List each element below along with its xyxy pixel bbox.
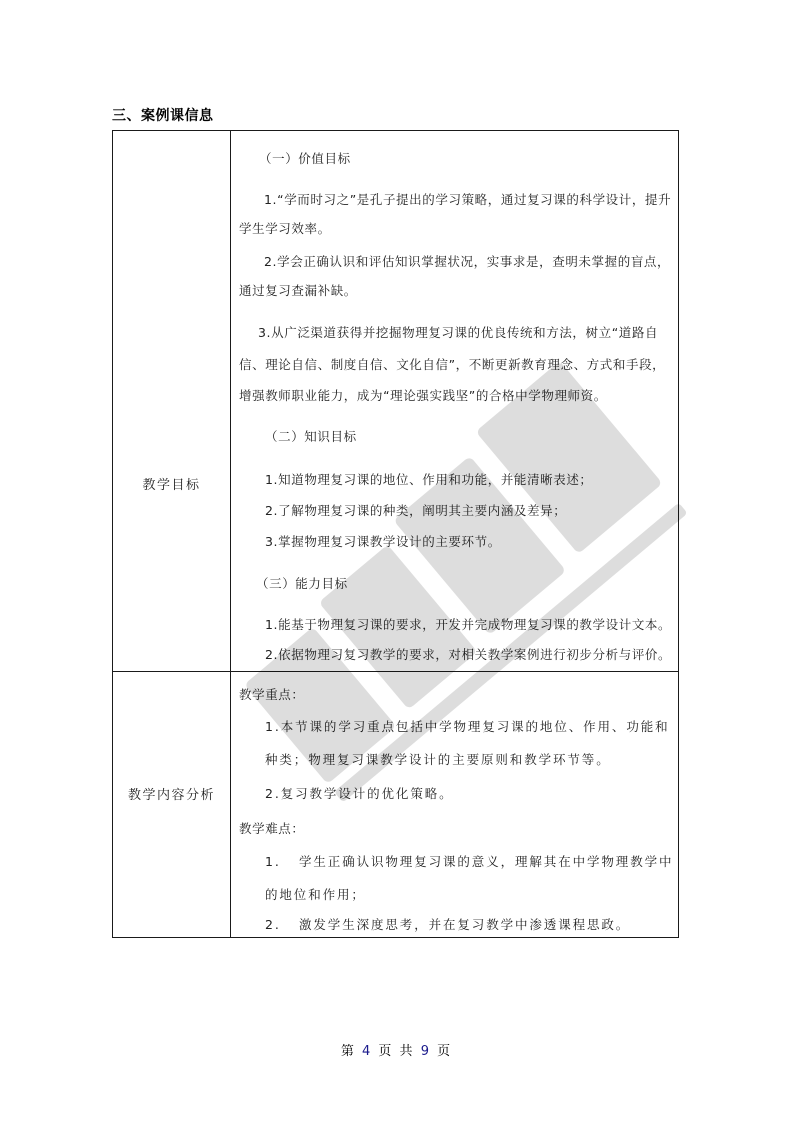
value-goal-item-3-line-2: 信、理论自信、制度自信、文化自信”，不断更新教育理念、方式和手段，	[239, 357, 665, 373]
value-goal-item-3-line-3: 增强教师职业能力，成为“理论强实践坚”的合格中学物理师资。	[239, 388, 607, 404]
row-divider	[113, 671, 678, 672]
difficult-points-item-1-line-2: 的地位和作用；	[265, 887, 366, 903]
value-goal-item-2-line-2: 通过复习查漏补缺。	[239, 283, 357, 299]
row-label-content-analysis: 教学内容分析	[113, 788, 230, 804]
section-heading: 三、案例课信息	[112, 107, 214, 125]
key-points-item-2: 2.复习教学设计的优化策略。	[265, 786, 454, 802]
column-divider	[230, 131, 231, 937]
ability-goal-heading: （三）能力目标	[256, 576, 348, 592]
ability-goal-item-2: 2.依据物理习复习教学的要求，对相关教学案例进行初步分析与评价。	[265, 647, 671, 663]
footer-suffix: 页	[437, 1044, 452, 1059]
total-pages-number: 9	[421, 1044, 431, 1059]
value-goal-item-1-line-2: 学生学习效率。	[239, 221, 331, 237]
key-points-heading: 教学重点：	[239, 687, 305, 703]
key-points-item-1-line-2: 种类；物理复习课教学设计的主要原则和教学环节等。	[265, 752, 611, 768]
value-goal-item-2-line-1: 2.学会正确认识和评估知识掌握状况，实事求是，查明未掌握的盲点，	[264, 254, 670, 270]
case-info-table: 教学目标 （一）价值目标 1.“学而时习之”是孔子提出的学习策略，通过复习课的科…	[112, 130, 679, 938]
knowledge-goal-item-1: 1.知道物理复习课的地位、作用和功能，并能清晰表述；	[265, 472, 593, 488]
page-footer: 第 4 页 共 9 页	[0, 1044, 793, 1060]
knowledge-goal-item-3: 3.掌握物理复习课教学设计的主要环节。	[265, 534, 501, 550]
value-goal-item-3-line-1: 3.从广泛渠道获得并挖掘物理复习课的优良传统和方法，树立“道路自	[258, 325, 658, 341]
ability-goal-item-1: 1.能基于物理复习课的要求，开发并完成物理复习课的教学设计文本。	[265, 617, 671, 633]
current-page-number: 4	[362, 1044, 372, 1059]
knowledge-goal-heading: （二）知识目标	[265, 429, 357, 445]
footer-prefix: 第	[341, 1044, 356, 1059]
difficult-points-item-1-line-1: 学生正确认识物理复习课的意义，理解其在中学物理教学中	[299, 854, 673, 870]
value-goal-heading: （一）价值目标	[259, 151, 351, 167]
difficult-points-item-2-number: 2.	[265, 917, 281, 933]
difficult-points-heading: 教学难点：	[239, 821, 305, 837]
value-goal-item-1-line-1: 1.“学而时习之”是孔子提出的学习策略，通过复习课的科学设计，提升	[264, 192, 671, 208]
knowledge-goal-item-2: 2.了解物理复习课的种类，阐明其主要内涵及差异；	[265, 503, 566, 519]
footer-middle: 页 共	[378, 1044, 414, 1059]
row-label-teaching-goals: 教学目标	[113, 478, 230, 494]
key-points-item-1-line-1: 1.本节课的学习重点包括中学物理复习课的地位、作用、功能和	[265, 719, 670, 735]
difficult-points-item-1-number: 1.	[265, 854, 281, 870]
difficult-points-item-2-line-1: 激发学生深度思考，并在复习教学中渗透课程思政。	[299, 917, 630, 933]
